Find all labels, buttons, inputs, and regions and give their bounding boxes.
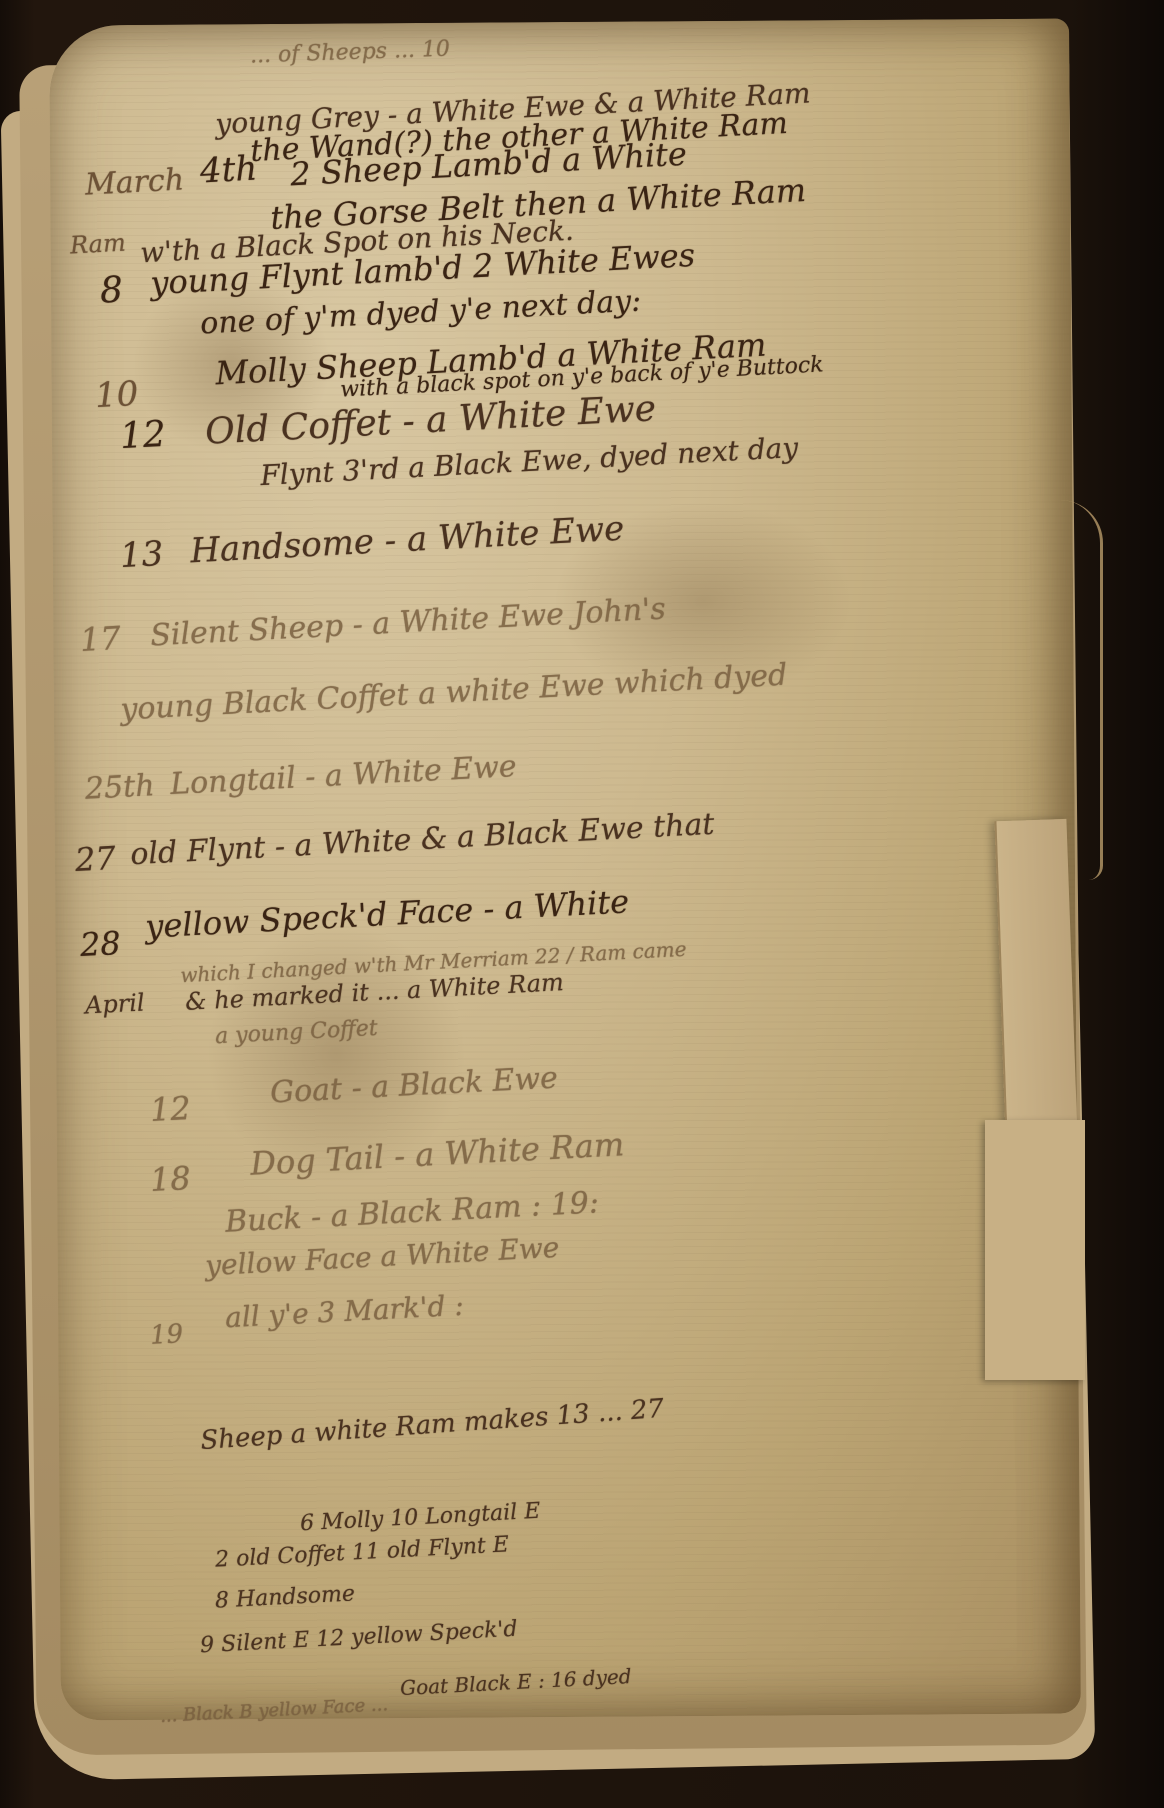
summary-line: 2 old Coffet 11 old Flynt E [215,1532,510,1572]
entry-text: a young Coffet [214,1016,378,1049]
summary-line: Goat Black E : 16 dyed [400,1664,633,1700]
entry-date: 25th [84,768,155,807]
entry-date: 19 [149,1319,184,1351]
entry-date: 12 [149,1089,192,1129]
header-line: ... of Sheeps ... 10 [250,37,451,69]
entry-date: 27 [74,839,117,879]
entry-date: 8 [99,269,124,311]
entry-date: 18 [149,1159,192,1199]
entry-text: Longtail - a White Ewe [169,749,517,802]
entry-date: 4th [199,149,258,192]
entry-text: Handsome - a White Ewe [189,509,625,572]
entry-text: young Black Coffet a white Ewe which dye… [120,658,789,728]
entry-text: all y'e 3 Mark'd : [224,1289,464,1334]
entry-text: Sheep a white Ram makes 13 ... 27 [200,1394,665,1456]
summary-line: 9 Silent E 12 yellow Speck'd [200,1617,519,1659]
handwritten-text: ... of Sheeps ... 10 young Grey - a Whit… [0,0,1164,1808]
entry-date: 17 [79,619,122,659]
summary-line: 6 Molly 10 Longtail E [300,1499,541,1537]
entry-text: yellow Speck'd Face - a White [144,882,630,945]
entry-date: 28 [79,924,122,964]
margin-note: Ram [69,229,126,260]
manuscript-photo: ... of Sheeps ... 10 young Grey - a Whit… [0,0,1164,1808]
entry-text: old Flynt - a White & a Black Ewe that [129,807,715,873]
entry-date: 12 [119,414,167,457]
entry-text: Dog Tail - a White Ram [249,1125,625,1183]
month-label: March [84,162,185,202]
entry-date: 13 [119,534,164,576]
entry-text: Goat - a Black Ewe [269,1060,558,1110]
summary-line: 8 Handsome [214,1581,355,1613]
entry-text: yellow Face a White Ewe [204,1231,560,1283]
month-label: April [84,988,145,1019]
entry-date: 10 [94,374,139,416]
summary-line: ... Black B yellow Face ... [160,1694,389,1727]
entry-text: Silent Sheep - a White Ewe John's [149,592,666,654]
